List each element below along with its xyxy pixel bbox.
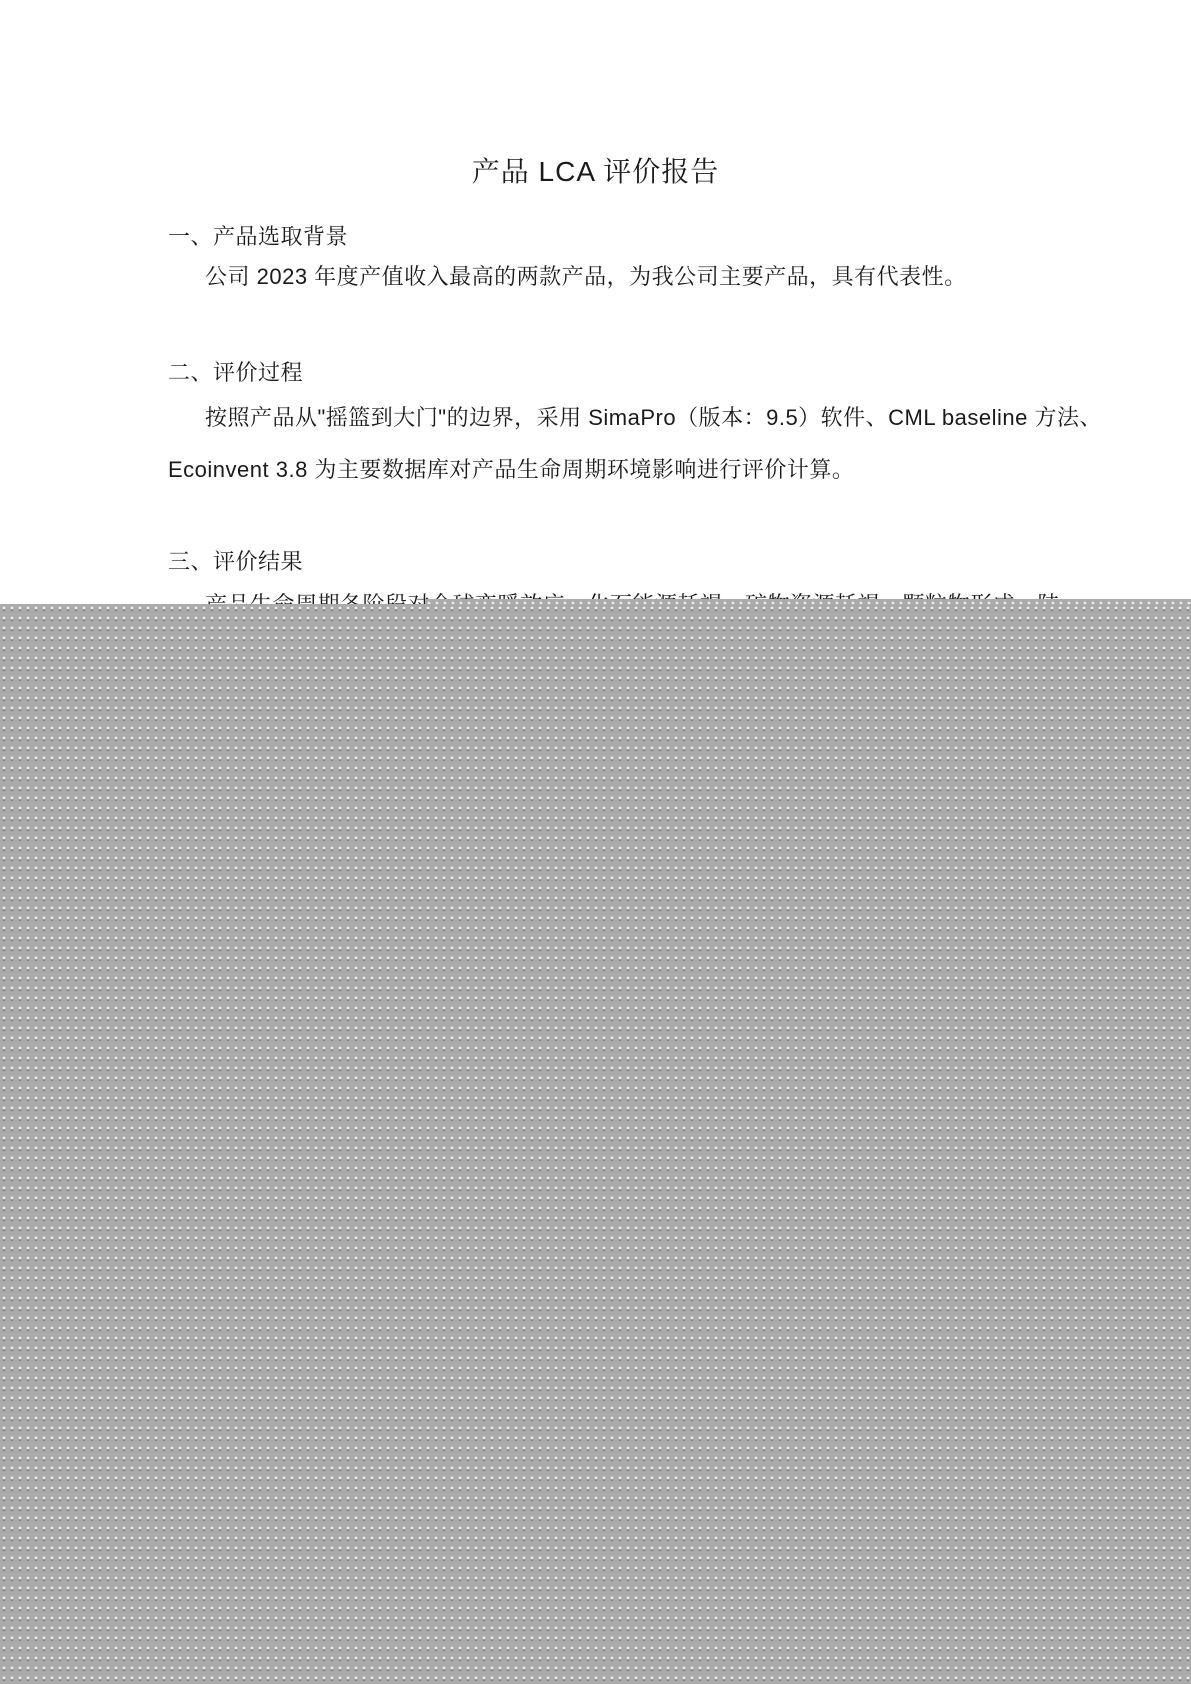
section-3-heading: 三、评价结果 [168, 545, 303, 576]
section-2-paragraph-line-2: Ecoinvent 3.8 为主要数据库对产品生命周期环境影响进行评价计算。 [168, 453, 854, 484]
section-2-heading: 二、评价过程 [168, 356, 303, 387]
document-page: 产品 LCA 评价报告 一、产品选取背景 公司 2023 年度产值收入最高的两款… [0, 0, 1191, 1684]
document-title: 产品 LCA 评价报告 [0, 150, 1191, 190]
gray-redaction-overlay [0, 604, 1191, 1684]
section-1-paragraph-line-1: 公司 2023 年度产值收入最高的两款产品，为我公司主要产品，具有代表性。 [205, 260, 967, 291]
section-2-paragraph-line-1: 按照产品从"摇篮到大门"的边界，采用 SimaPro（版本：9.5）软件、CML… [205, 401, 1102, 432]
section-1-heading: 一、产品选取背景 [168, 220, 348, 251]
